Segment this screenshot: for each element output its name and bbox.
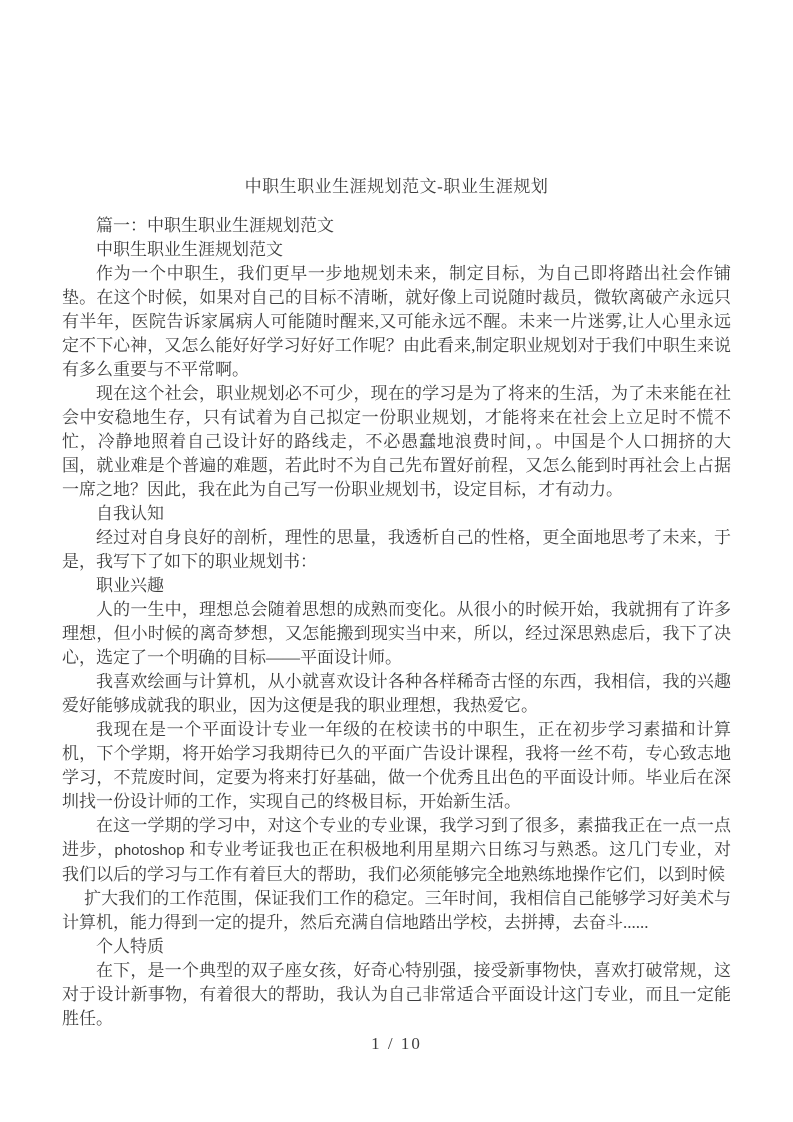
heading-self-cognition: 自我认知 [62, 502, 731, 526]
para-self-analysis: 经过对自身良好的剖析，理性的思量，我透析自己的性格，更全面地思考了未来，于是，我… [62, 526, 731, 574]
para-society: 现在这个社会，职业规划必不可少，现在的学习是为了将来的生活，为了未来能在社会中安… [62, 382, 731, 502]
heading-career-interest: 职业兴趣 [62, 574, 731, 598]
subtitle-line: 中职生职业生涯规划范文 [62, 238, 731, 262]
photoshop-keyword: photoshop [114, 842, 184, 859]
page-footer: 1 / 10 [0, 1034, 793, 1054]
para-current-study: 我现在是一个平面设计专业一年级的在校读书的中职生，正在初步学习素描和计算机，下个… [62, 718, 731, 814]
document-page: 中职生职业生涯规划范文-职业生涯规划 篇一：中职生职业生涯规划范文 中职生职业生… [0, 0, 793, 1122]
para-three-years: 扩大我们的工作范围，保证我们工作的稳定。三年时间，我相信自己能够学习好美术与计算… [62, 887, 731, 935]
section-label: 篇一：中职生职业生涯规划范文 [62, 214, 731, 238]
para-ideal: 人的一生中，理想总会随着思想的成熟而变化。从很小的时候开始，我就拥有了许多理想，… [62, 598, 731, 670]
para-intro: 作为一个中职生，我们更早一步地规划未来，制定目标，为自己即将踏出社会作铺垫。在这… [62, 262, 731, 382]
para-semester-progress: 在这一学期的学习中，对这个专业的专业课，我学习到了很多，素描我正在一点一点进步，… [62, 814, 731, 887]
heading-personal-traits: 个人特质 [62, 935, 731, 959]
para-personality: 在下，是一个典型的双子座女孩，好奇心特别强，接受新事物快，喜欢打破常规，这对于设… [62, 959, 731, 1031]
document-body: 中职生职业生涯规划范文-职业生涯规划 篇一：中职生职业生涯规划范文 中职生职业生… [62, 175, 731, 1031]
document-title: 中职生职业生涯规划范文-职业生涯规划 [62, 175, 731, 199]
page-number: 1 / 10 [371, 1034, 422, 1053]
para-hobby: 我喜欢绘画与计算机，从小就喜欢设计各种各样稀奇古怪的东西，我相信，我的兴趣爱好能… [62, 670, 731, 718]
